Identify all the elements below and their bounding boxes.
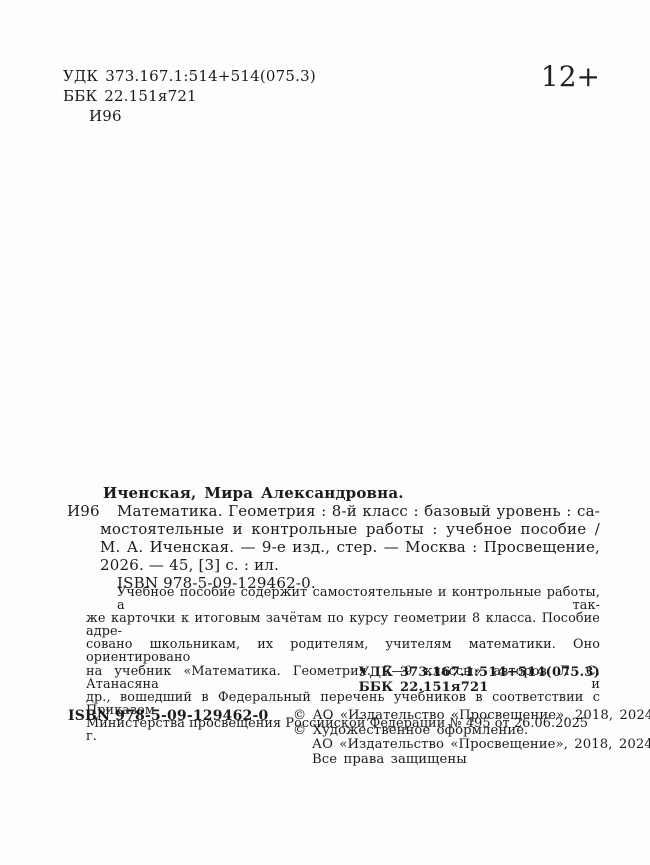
imprint-bibliographic-codes: УДК 373.167.1:514+514(075.3) ББК 22.151я… — [359, 666, 600, 695]
age-rating-badge: 12+ — [541, 63, 600, 91]
annotation-line: Учебное пособие содержит самостоятельные… — [86, 586, 600, 612]
annotation-line: совано школьникам, их родителям, учителя… — [86, 638, 600, 664]
udk-number: УДК 373.167.1:514+514(075.3) — [63, 66, 316, 86]
catalog-line: Математика. Геометрия : 8-й класс : базо… — [100, 502, 600, 520]
top-bibliographic-codes: УДК 373.167.1:514+514(075.3) ББК 22.151я… — [63, 66, 316, 126]
margin-author-code: И96 — [67, 502, 100, 520]
imprint-bbk-number: ББК 22.151я721 — [359, 681, 600, 696]
footer-isbn: ISBN 978-5-09-129462-0 — [68, 709, 268, 724]
author-heading: Иченская, Мира Александровна. — [103, 484, 404, 502]
annotation-line: же карточки к итоговым зачётам по курсу … — [86, 612, 600, 638]
copyright-line: © Художественное оформление. — [293, 724, 650, 739]
catalog-line: 2026. — 45, [3] с. : ил. — [100, 556, 600, 574]
catalog-line: мостоятельные и контрольные работы : уче… — [100, 520, 600, 538]
copyright-block: © АО «Издательство «Просвещение», 2018, … — [293, 709, 650, 767]
copyright-line: АО «Издательство «Просвещение», 2018, 20… — [293, 738, 650, 753]
copyright-line: © АО «Издательство «Просвещение», 2018, … — [293, 709, 650, 724]
author-sign-code: И96 — [63, 106, 316, 126]
copyright-line: Все права защищены — [293, 753, 650, 768]
imprint-udk-number: УДК 373.167.1:514+514(075.3) — [359, 666, 600, 681]
imprint-page: УДК 373.167.1:514+514(075.3) ББК 22.151я… — [0, 0, 650, 865]
bbk-number: ББК 22.151я721 — [63, 86, 316, 106]
catalog-card-entry: И96 Математика. Геометрия : 8-й класс : … — [100, 502, 600, 592]
catalog-line: М. А. Иченская. — 9-е изд., стер. — Моск… — [100, 538, 600, 556]
